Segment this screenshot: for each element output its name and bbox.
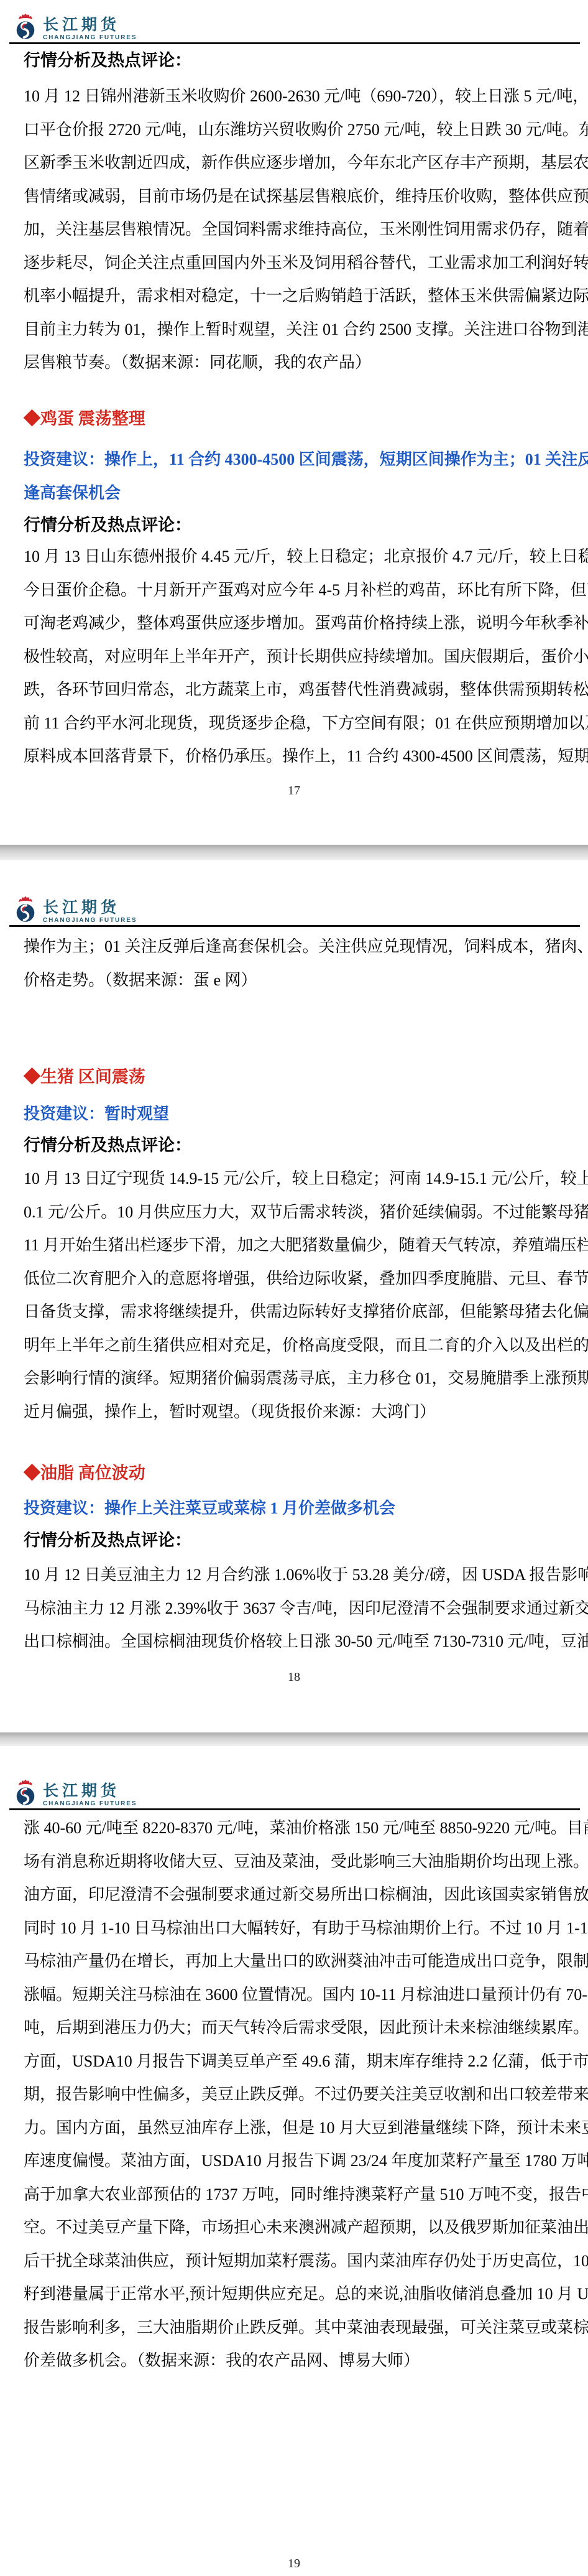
brand-name-cn: 长江期货: [43, 17, 137, 33]
corn-analysis-paragraph: 10 月 12 日锦州港新玉米收购价 2600-2630 元/吨（690-720…: [24, 80, 567, 379]
pig-investment-advice: 投资建议：暂时观望: [24, 1097, 567, 1131]
text-line: 价格走势。（数据来源：蛋 e 网）: [24, 964, 567, 997]
brand-name-en: CHANGJIANG FUTURES: [43, 917, 137, 924]
page-gap: [0, 1732, 588, 1746]
text-line: 区新季玉米收割近四成，新作供应逐步增加，今年东北产区存丰产预期，基层农户惜: [24, 146, 567, 180]
section-title-pig: ◆生猪 区间震荡: [24, 1066, 145, 1087]
egg-analysis-paragraph: 10 月 13 日山东德州报价 4.45 元/斤，较上日稳定；北京报价 4.7 …: [24, 540, 567, 773]
changjiang-futures-logo-icon: [14, 1779, 37, 1810]
oil-analysis-continuation-paragraph: 涨 40-60 元/吨至 8220-8370 元/吨，菜油价格涨 150 元/吨…: [24, 1811, 567, 2378]
page-number: 19: [0, 2556, 588, 2571]
text-line: 投资建议：操作上，11 合约 4300-4500 区间震荡，短期区间操作为主；0…: [24, 443, 567, 477]
text-line: 同时 10 月 1-10 日马棕油出口大幅转好，有助于马棕油期价上行。不过 10…: [24, 1912, 567, 1945]
oil-investment-advice: 投资建议：操作上关注菜豆或菜棕 1 月价差做多机会: [24, 1492, 567, 1525]
text-line: 投资建议：暂时观望: [24, 1097, 567, 1131]
page-number: 17: [0, 783, 588, 798]
text-line: 油方面，印尼澄清不会强制要求通过新交易所出口棕榈油，因此该国卖家销售放缓；: [24, 1878, 567, 1912]
text-line: 籽到港量属于正常水平,预计短期供应充足。总的来说,油脂收储消息叠加 10 月 U…: [24, 2277, 567, 2311]
text-line: 售情绪或减弱，目前市场仍是在试探基层售粮底价，维持压价收购，整体供应预期增: [24, 180, 567, 213]
brand-name-en: CHANGJIANG FUTURES: [43, 1800, 137, 1807]
text-line: 会影响行情的演绎。短期猪价偏弱震荡寻底，主力移仓 01，交易腌腊季上涨预期相对: [24, 1362, 567, 1395]
section-title-egg: ◆鸡蛋 震荡整理: [24, 408, 145, 429]
brand-name-en: CHANGJIANG FUTURES: [43, 34, 137, 41]
text-line: 操作为主；01 关注反弹后逢高套保机会。关注供应兑现情况，饲料成本，猪肉、蔬菜: [24, 930, 567, 964]
text-line: 层售粮节奏。（数据来源：同花顺，我的农产品）: [24, 346, 567, 379]
text-line: 机率小幅提升，需求相对稳定，十一之后购销趋于活跃，整体玉米供需偏紧边际改善。: [24, 279, 567, 313]
text-line: 跌，各环节回归常态，北方蔬菜上市，鸡蛋替代性消费减弱，整体供需预期转松。目: [24, 673, 567, 707]
page-gap: [0, 845, 588, 860]
page-header: 长江期货 CHANGJIANG FUTURES: [9, 897, 580, 927]
text-line: 方面，USDA10 月报告下调美豆单产至 49.6 蒲，期末库存维持 2.2 亿…: [24, 2045, 567, 2078]
text-line: 逢高套保机会: [24, 477, 567, 510]
egg-investment-advice: 投资建议：操作上，11 合约 4300-4500 区间震荡，短期区间操作为主；0…: [24, 443, 567, 509]
text-line: 空。不过美豆产量下降，市场担心未来澳洲减产超预期，以及俄罗斯加征菜油出口税: [24, 2211, 567, 2244]
section-title-oil: ◆油脂 高位波动: [24, 1462, 145, 1484]
text-line: 涨 40-60 元/吨至 8220-8370 元/吨，菜油价格涨 150 元/吨…: [24, 1811, 567, 1845]
text-line: 近月偏强，操作上，暂时观望。（现货报价来源：大鸿门）: [24, 1395, 567, 1429]
text-line: 可淘老鸡减少，整体鸡蛋供应逐步增加。蛋鸡苗价格持续上涨，说明今年秋季补栏积: [24, 607, 567, 640]
page-17: 长江期货 CHANGJIANG FUTURES 行情分析及热点评论： 10 月 …: [0, 0, 588, 845]
text-line: 前 11 合约平水河北现货，现货逐步企稳，下方空间有限；01 在供应预期增加以及…: [24, 707, 567, 740]
text-line: 10 月 12 日锦州港新玉米收购价 2600-2630 元/吨（690-720…: [24, 80, 567, 113]
text-line: 极性较高，对应明年上半年开产，预计长期供应持续增加。国庆假期后，蛋价小幅下: [24, 640, 567, 674]
text-line: 涨幅。短期关注马棕油在 3600 位置情况。国内 10-11 月棕油进口量预计仍…: [24, 1978, 567, 2012]
text-line: 低位二次育肥介入的意愿将增强，供给边际收紧，叠加四季度腌腊、元旦、春节等节: [24, 1262, 567, 1296]
oil-analysis-paragraph: 10 月 12 日美豆油主力 12 月合约涨 1.06%收于 53.28 美分/…: [24, 1558, 567, 1658]
text-line: 11 月开始生猪出栏逐步下滑，加之大肥猪数量偏少，随着天气转凉，养殖端压栏以及: [24, 1229, 567, 1262]
text-line: 投资建议：操作上关注菜豆或菜棕 1 月价差做多机会: [24, 1492, 567, 1525]
text-line: 期，报告影响中性偏多，美豆止跌反弹。不过仍要关注美豆收割和出口较差带来的压: [24, 2078, 567, 2111]
egg-advice-continuation-paragraph: 操作为主；01 关注反弹后逢高套保机会。关注供应兑现情况，饲料成本，猪肉、蔬菜价…: [24, 930, 567, 997]
text-line: 出口棕榈油。全国棕榈油现货价格较上日涨 30-50 元/吨至 7130-7310…: [24, 1625, 567, 1658]
brand-block: 长江期货 CHANGJIANG FUTURES: [43, 17, 137, 42]
brand-block: 长江期货 CHANGJIANG FUTURES: [43, 900, 137, 925]
pig-analysis-paragraph: 10 月 13 日辽宁现货 14.9-15 元/公斤，较上日稳定；河南 14.9…: [24, 1162, 567, 1428]
analysis-heading-oil: 行情分析及热点评论：: [24, 1530, 191, 1550]
text-line: 10 月 13 日山东德州报价 4.45 元/斤，较上日稳定；北京报价 4.7 …: [24, 540, 567, 574]
text-line: 10 月 12 日美豆油主力 12 月合约涨 1.06%收于 53.28 美分/…: [24, 1558, 567, 1592]
page-number: 18: [0, 1670, 588, 1685]
changjiang-futures-logo-icon: [14, 12, 37, 44]
page-header: 长江期货 CHANGJIANG FUTURES: [9, 14, 580, 44]
text-line: 高于加拿大农业部预估的 1737 万吨，同时维持澳菜籽产量 510 万吨不变，报…: [24, 2178, 567, 2211]
text-line: 10 月 13 日辽宁现货 14.9-15 元/公斤，较上日稳定；河南 14.9…: [24, 1162, 567, 1196]
text-line: 后干扰全球菜油供应，预计短期加菜籽震荡。国内菜油库存仍处于历史高位，10 月菜: [24, 2244, 567, 2278]
text-line: 日备货支撑，需求将继续提升，供需边际转好支撑猪价底部，但能繁母猪去化偏慢，: [24, 1295, 567, 1329]
analysis-heading-corn: 行情分析及热点评论：: [24, 50, 191, 70]
brand-name-cn: 长江期货: [43, 1783, 137, 1799]
text-line: 加，关注基层售粮情况。全国饲料需求维持高位，玉米刚性饲用需求仍存，随着芽麦: [24, 213, 567, 246]
text-line: 逐步耗尽，饲企关注点重回国内外玉米及饲用稻谷替代，工业需求加工利润好转，开: [24, 246, 567, 280]
text-line: 吨，后期到港压力仍大；而天气转冷后需求受限，因此预计未来棕油继续累库。豆油: [24, 2011, 567, 2045]
analysis-heading-egg: 行情分析及热点评论：: [24, 515, 191, 535]
text-line: 场有消息称近期将收储大豆、豆油及菜油，受此影响三大油脂期价均出现上涨。棕榈: [24, 1845, 567, 1879]
text-line: 力。国内方面，虽然豆油库存上涨，但是 10 月大豆到港量继续下降，预计未来豆油累: [24, 2111, 567, 2145]
analysis-heading-pig: 行情分析及热点评论：: [24, 1135, 191, 1155]
text-line: 报告影响利多，三大油脂期价止跌反弹。其中菜油表现最强，可关注菜豆或菜棕 1 月: [24, 2311, 567, 2345]
text-line: 0.1 元/公斤。10 月供应压力大，双节后需求转淡，猪价延续偏弱。不过能繁母猪…: [24, 1196, 567, 1229]
text-line: 马棕油主力 12 月涨 2.39%收于 3637 令吉/吨，因印尼澄清不会强制要…: [24, 1592, 567, 1625]
text-line: 库速度偏慢。菜油方面，USDA10 月报告下调 23/24 年度加菜籽产量至 1…: [24, 2144, 567, 2178]
text-line: 明年上半年之前生猪供应相对充足，价格高度受限，而且二育的介入以及出栏的节奏: [24, 1329, 567, 1362]
text-line: 口平仓价报 2720 元/吨，山东潍坊兴贸收购价 2750 元/吨，较上日跌 3…: [24, 113, 567, 147]
text-line: 价差做多机会。（数据来源：我的农产品网、博易大师）: [24, 2344, 567, 2378]
report-document: 长江期货 CHANGJIANG FUTURES 行情分析及热点评论： 10 月 …: [0, 0, 588, 2576]
text-line: 目前主力转为 01，操作上暂时观望，关注 01 合约 2500 支撑。关注进口谷…: [24, 313, 567, 346]
text-line: 马棕油产量仍在增长，再加上大量出口的欧洲葵油冲击可能造成出口竞争，限制期价: [24, 1945, 567, 1978]
page-18: 长江期货 CHANGJIANG FUTURES 操作为主；01 关注反弹后逢高套…: [0, 860, 588, 1732]
text-line: 今日蛋价企稳。十月新开产蛋鸡对应今年 4-5 月补栏的鸡苗，环比有所下降，但节后: [24, 574, 567, 607]
page-19: 长江期货 CHANGJIANG FUTURES 涨 40-60 元/吨至 822…: [0, 1746, 588, 2576]
text-line: 原料成本回落背景下，价格仍承压。操作上，11 合约 4300-4500 区间震荡…: [24, 740, 567, 773]
brand-name-cn: 长江期货: [43, 900, 137, 916]
page-header: 长江期货 CHANGJIANG FUTURES: [9, 1780, 580, 1810]
brand-block: 长江期货 CHANGJIANG FUTURES: [43, 1783, 137, 1808]
changjiang-futures-logo-icon: [14, 895, 37, 927]
